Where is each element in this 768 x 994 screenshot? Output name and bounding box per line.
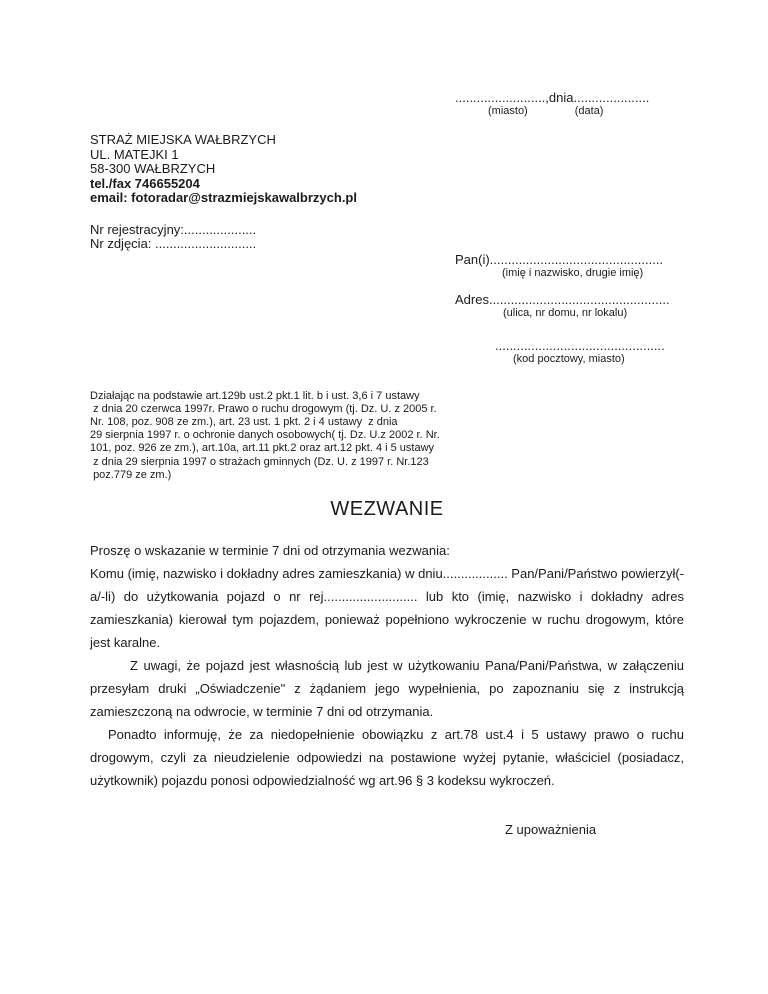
sender-name: STRAŻ MIEJSKA WAŁBRZYCH — [90, 133, 684, 148]
paragraph-statement-forms: Z uwagi, że pojazd jest własnością lub j… — [90, 654, 684, 723]
intro-paragraph: Proszę o wskazanie w terminie 7 dni od o… — [90, 539, 684, 562]
recipient-address-hint: (ulica, nr domu, nr lokalu) — [455, 307, 684, 320]
sender-phone: tel./fax 746655204 — [90, 177, 684, 192]
document-title: WEZWANIE — [90, 498, 684, 521]
sender-block: STRAŻ MIEJSKA WAŁBRZYCH UL. MATEJKI 1 58… — [90, 133, 684, 206]
recipient-name-hint: (imię i nazwisko, drugie imię) — [455, 267, 684, 280]
reference-block: Nr rejestracyjny:.................... Nr… — [90, 223, 684, 252]
recipient-address-line: Adres...................................… — [455, 292, 684, 307]
date-line-labels: (miasto) (data) — [455, 105, 684, 118]
date-line-block: .........................,dnia..........… — [455, 90, 684, 118]
city-date-fill-line: .........................,dnia..........… — [455, 90, 684, 105]
paragraph-identify-driver: Komu (imię, nazwisko i dokładny adres za… — [90, 562, 684, 654]
document-page: .........................,dnia..........… — [0, 0, 768, 994]
body-block: Proszę o wskazanie w terminie 7 dni od o… — [90, 539, 684, 792]
sender-city: 58-300 WAŁBRZYCH — [90, 162, 684, 177]
paragraph-liability: Ponadto informuję, że za niedopełnienie … — [90, 723, 684, 792]
city-label: (miasto) — [488, 105, 528, 118]
recipient-name-line: Pan(i)..................................… — [455, 252, 684, 267]
date-label: (data) — [575, 105, 604, 118]
legal-basis-paragraph: Działając na podstawie art.129b ust.2 pk… — [90, 390, 684, 482]
recipient-block: Pan(i)..................................… — [455, 252, 684, 366]
recipient-postal-line: ........................................… — [455, 338, 684, 353]
signature-authorization: Z upoważnienia — [505, 822, 684, 837]
registration-number-line: Nr rejestracyjny:.................... — [90, 223, 684, 238]
sender-street: UL. MATEJKI 1 — [90, 148, 684, 163]
sender-email: email: fotoradar@strazmiejskawalbrzych.p… — [90, 191, 684, 206]
recipient-postal-hint: (kod pocztowy, miasto) — [455, 353, 684, 366]
photo-number-line: Nr zdjęcia: ............................ — [90, 237, 684, 252]
